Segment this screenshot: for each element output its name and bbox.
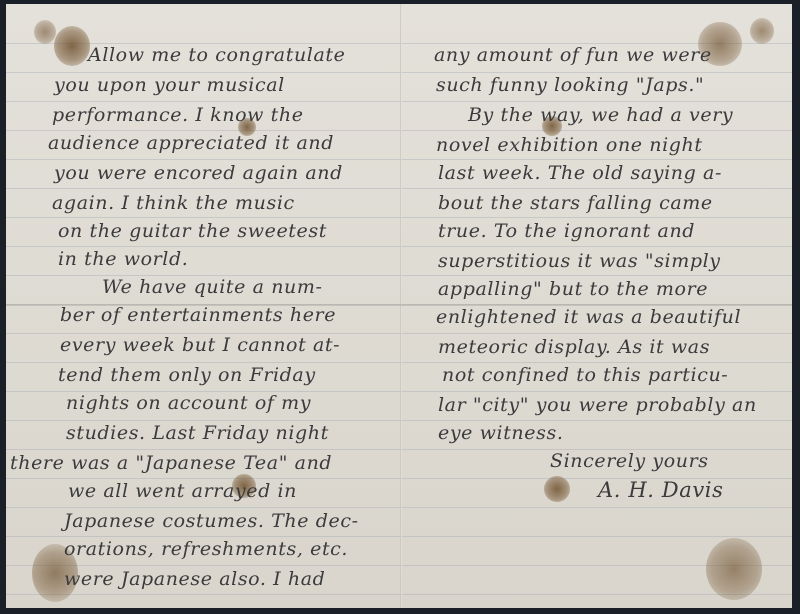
text-line: performance. I know the [52,104,304,126]
closing: Sincerely yours [550,450,709,472]
text-line: were Japanese also. I had [64,568,325,590]
text-line: appalling" but to the more [438,278,708,300]
text-line: you were encored again and [54,162,343,184]
text-line: again. I think the music [52,192,295,214]
text-line: superstitious it was "simply [438,250,721,272]
text-line: tend them only on Friday [58,364,316,386]
text-line: there was a "Japanese Tea" and [10,452,332,474]
text-line: audience appreciated it and [48,132,334,154]
text-line: in the world. [58,248,188,270]
text-line: orations, refreshments, etc. [64,538,348,560]
text-line: you upon your musical [54,74,285,96]
text-line: studies. Last Friday night [66,422,329,444]
text-line: Allow me to congratulate [88,44,345,66]
text-line: on the guitar the sweetest [58,220,327,242]
text-line: We have quite a num- [102,276,323,298]
text-line: every week but I cannot at- [60,334,340,356]
left-page: Allow me to congratulate you upon your m… [6,4,400,608]
text-line: not confined to this particu- [442,364,728,386]
text-line: we all went arrayed in [68,480,297,502]
text-line: enlightened it was a beautiful [436,306,741,328]
text-line: novel exhibition one night [436,134,703,156]
text-line: lar "city" you were probably an [438,394,757,416]
text-line: any amount of fun we were [434,44,712,66]
right-page: any amount of fun we were such funny loo… [402,4,792,608]
text-line: bout the stars falling came [438,192,713,214]
signature: A. H. Davis [598,478,724,502]
letter-sheet: Allow me to congratulate you upon your m… [6,4,792,608]
text-line: ber of entertainments here [60,304,336,326]
text-line: true. To the ignorant and [438,220,695,242]
text-line: Japanese costumes. The dec- [64,510,359,532]
text-line: By the way, we had a very [468,104,733,126]
text-line: last week. The old saying a- [438,162,722,184]
text-line: meteoric display. As it was [438,336,710,358]
text-line: eye witness. [438,422,563,444]
text-line: nights on account of my [66,392,311,414]
text-line: such funny looking "Japs." [436,74,704,96]
